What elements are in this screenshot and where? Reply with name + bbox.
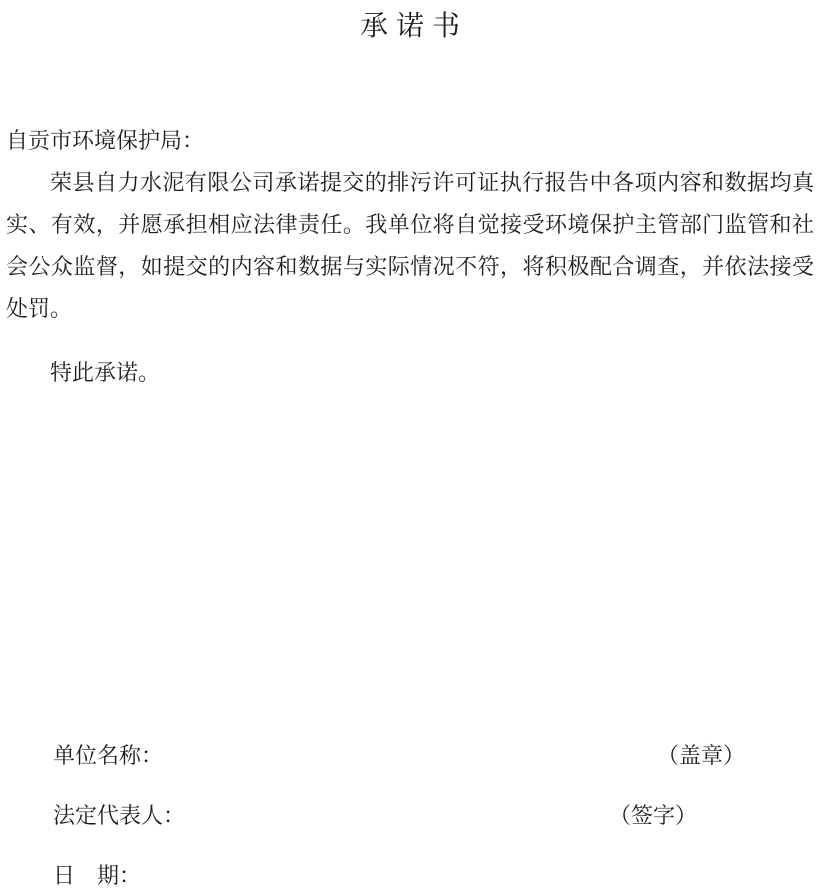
seal-annotation: （盖章） [657,735,745,777]
signature-annotation: （签字） [609,795,697,837]
commitment-paragraph: 荣县自力水泥有限公司承诺提交的排污许可证执行报告中各项内容和数据均真实、有效，并… [6,162,814,330]
signature-row-unit-name: 单位名称： （盖章） [53,735,814,777]
signature-row-date: 日 期： [53,855,814,890]
page-title: 承诺书 [6,0,814,46]
closing-statement: 特此承诺。 [6,352,814,394]
unit-name-label: 单位名称： [53,735,163,777]
date-label: 日 期： [53,855,141,890]
salutation-line: 自贡市环境保护局： [6,120,814,162]
legal-representative-label: 法定代表人： [53,795,185,837]
signature-block: 单位名称： （盖章） 法定代表人： （签字） 日 期： [6,735,814,890]
commitment-letter-page: 承诺书 自贡市环境保护局： 荣县自力水泥有限公司承诺提交的排污许可证执行报告中各… [0,0,820,890]
signature-row-legal-representative: 法定代表人： （签字） [53,795,814,837]
